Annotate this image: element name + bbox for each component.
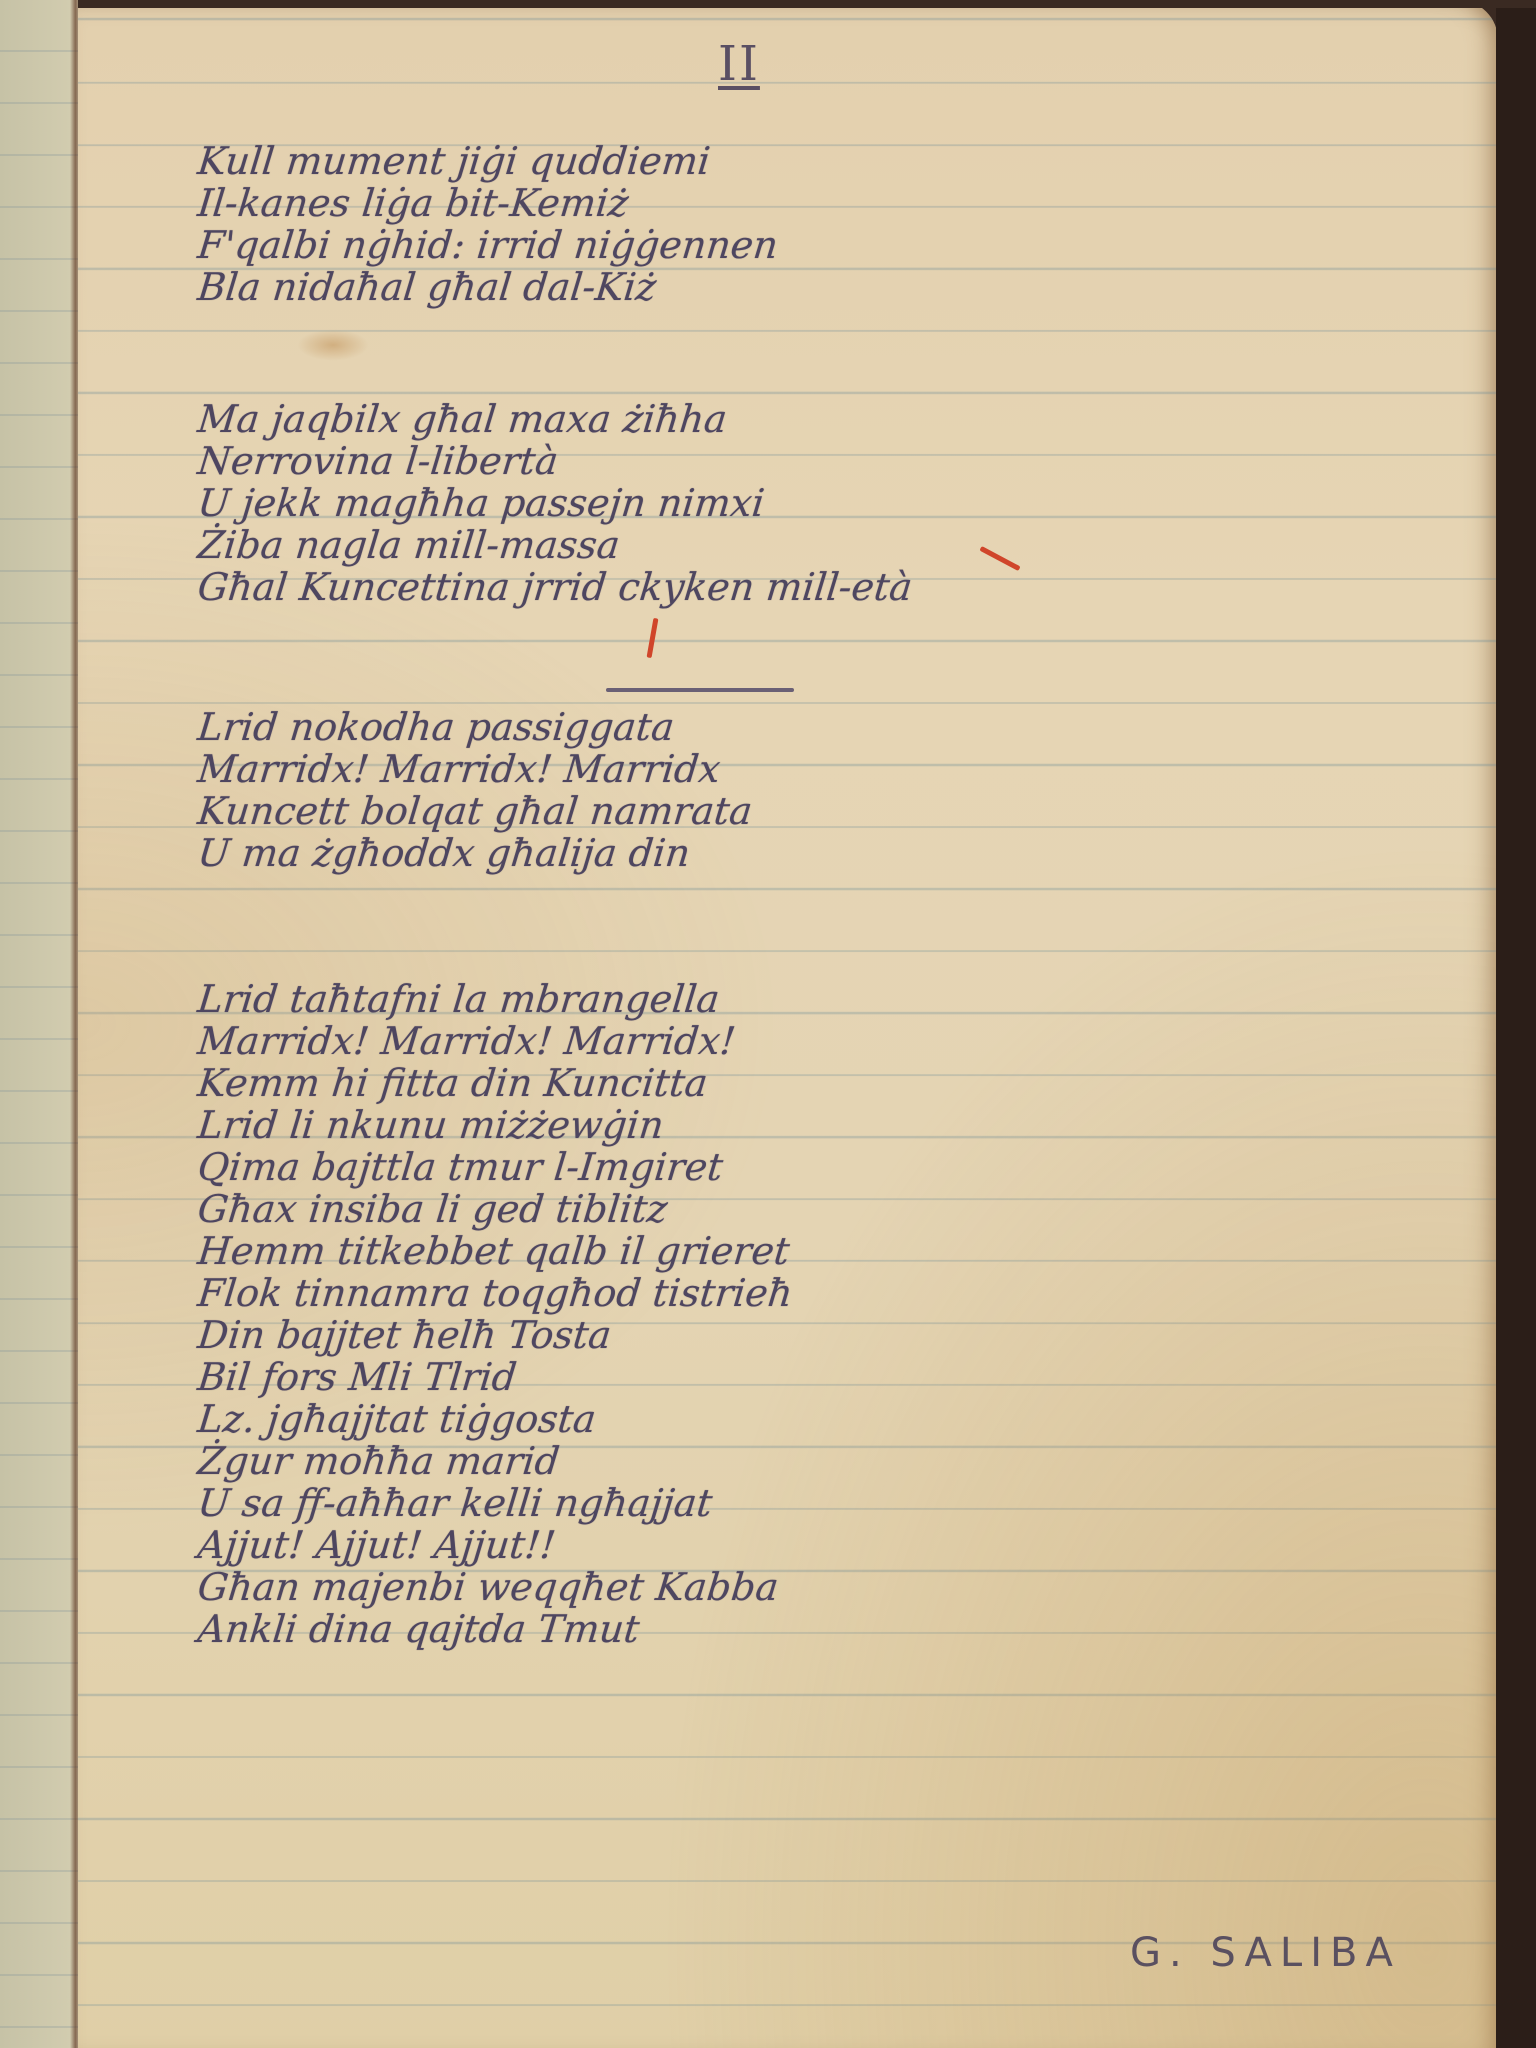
verse-line: U ma żgħoddx għalija din [76,832,1380,874]
verse-line: Bil fors Mli Tlrid [76,1356,1380,1398]
verse-line: Il-kanes liġa bit-Kemiż [76,182,1380,224]
section-heading: II [718,36,760,92]
verse-line: Kuncett bolqat għal namrata [76,790,1380,832]
stanza-1: Kull mument jiġi quddiemi Il-kanes liġa … [78,140,1378,308]
stanza-divider [606,688,794,692]
facing-page-edge [0,0,78,2048]
verse-line: U sa ff-aħħar kelli ngħajjat [76,1482,1380,1524]
verse-line: Għal Kuncettina jrrid ckyken mill-età [76,566,1380,608]
verse-line: Għax insiba li ged tiblitz [76,1188,1380,1230]
verse-line: Marridx! Marridx! Marridx! [76,1020,1380,1062]
verse-line: Lrid taħtafni la mbrangella [76,978,1380,1020]
verse-line: Marridx! Marridx! Marridx [76,748,1380,790]
verse-line: Lz. jgħajjtat tiġgosta [76,1398,1380,1440]
verse-line: U jekk magħha passejn nimxi [76,482,1380,524]
verse-line: Ma jaqbilx għal maxa żiħha [76,398,1380,440]
verse-line: Ajjut! Ajjut! Ajjut!! [76,1524,1380,1566]
stanza-2: Ma jaqbilx għal maxa żiħha Nerrovina l-l… [78,398,1378,608]
verse-line: Żgur moħħa marid [76,1440,1380,1482]
verse-line: F'qalbi nġhid: irrid niġġennen [76,224,1380,266]
verse-line: Nerrovina l-libertà [76,440,1380,482]
background-right [1496,0,1536,2048]
verse-line: Qima bajttla tmur l-Imgiret [76,1146,1380,1188]
verse-line: Hemm titkebbet qalb il grieret [76,1230,1380,1272]
verse-line: Din bajjtet ħelħ Tosta [76,1314,1380,1356]
verse-line: Għan majenbi weqqħet Kabba [76,1566,1380,1608]
manuscript-content: II Kull mument jiġi quddiemi Il-kanes li… [78,0,1498,2048]
stanza-4: Lrid taħtafni la mbrangella Marridx! Mar… [78,978,1378,1650]
verse-line: Żiba nagla mill-massa [76,524,1380,566]
author-signature: G. SALIBA [1130,1930,1401,1976]
verse-line: Bla nidaħal għal dal-Kiż [76,266,1380,308]
verse-line: Flok tinnamra toqgħod tistrieħ [76,1272,1380,1314]
verse-line: Kull mument jiġi quddiemi [76,140,1380,182]
stanza-3: Lrid nokodha passiggata Marridx! Marridx… [78,706,1378,874]
verse-line: Ankli dina qajtda Tmut [76,1608,1380,1650]
verse-line: Lrid nokodha passiggata [76,706,1380,748]
verse-line: Lrid li nkunu miżżewġin [76,1104,1380,1146]
red-correction-mark [647,618,659,658]
verse-line: Kemm hi fitta din Kuncitta [76,1062,1380,1104]
